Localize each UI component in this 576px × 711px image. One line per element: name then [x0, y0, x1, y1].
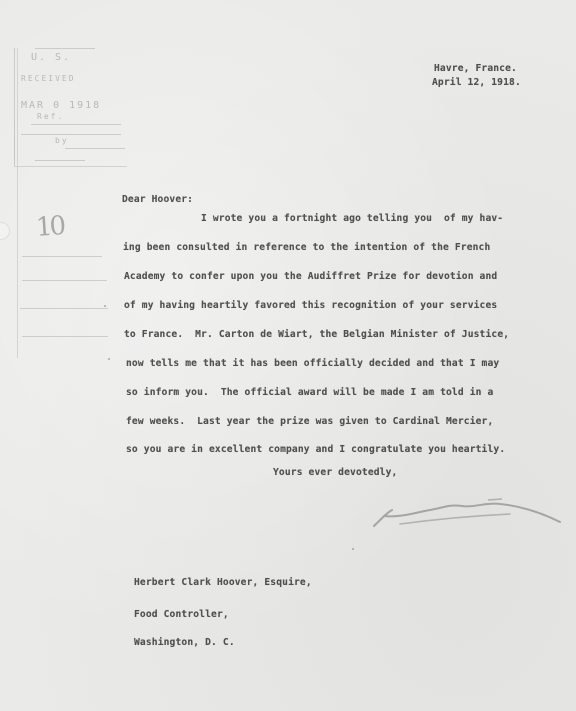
stamp-rule	[35, 48, 95, 49]
letter-place: Havre, France.	[434, 63, 517, 74]
punch-hole	[0, 222, 10, 240]
scanned-letter-page: U. S. RECEIVED MAR 0 1918 Ref. by 10 Hav…	[0, 0, 576, 711]
body-line: so you are in excellent company and I co…	[126, 444, 505, 455]
signature	[370, 496, 570, 540]
scan-speck	[104, 305, 106, 307]
addressee-name: Herbert Clark Hoover, Esquire,	[134, 577, 312, 588]
stamp-line: Ref.	[37, 112, 64, 121]
body-line: few weeks. Last year the prize was given…	[126, 416, 493, 427]
body-line: ing been consulted in reference to the i…	[123, 242, 490, 253]
body-line: so inform you. The official award will b…	[126, 387, 493, 398]
body-line: Academy to confer upon you the Audiffret…	[124, 271, 497, 282]
handwritten-number: 10	[35, 211, 64, 243]
stamp-line: by	[55, 136, 69, 145]
closing: Yours ever devotedly,	[273, 467, 397, 478]
scan-speck	[352, 548, 354, 550]
signature-scrawl-icon	[370, 496, 570, 536]
addressee-title: Food Controller,	[134, 609, 229, 620]
letter-date: April 12, 1918.	[432, 77, 521, 88]
stamp-rule	[31, 124, 121, 125]
body-line: to France. Mr. Carton de Wiart, the Belg…	[124, 329, 509, 340]
stamp-rule	[65, 148, 125, 149]
stamp-rule	[21, 134, 121, 135]
received-stamp: U. S. RECEIVED MAR 0 1918 Ref. by	[14, 48, 127, 167]
stamp-line: RECEIVED	[21, 74, 76, 83]
scan-speck	[108, 358, 110, 360]
body-line: I wrote you a fortnight ago telling you …	[201, 213, 503, 224]
body-line: of my having heartily favored this recog…	[124, 300, 497, 311]
stamp-line: MAR 0 1918	[21, 100, 101, 111]
stamp-rule	[35, 160, 85, 161]
body-line: now tells me that it has been officially…	[126, 358, 499, 369]
addressee-city: Washington, D. C.	[134, 637, 235, 648]
stamp-line: U. S.	[31, 52, 71, 63]
salutation: Dear Hoover:	[122, 194, 193, 205]
